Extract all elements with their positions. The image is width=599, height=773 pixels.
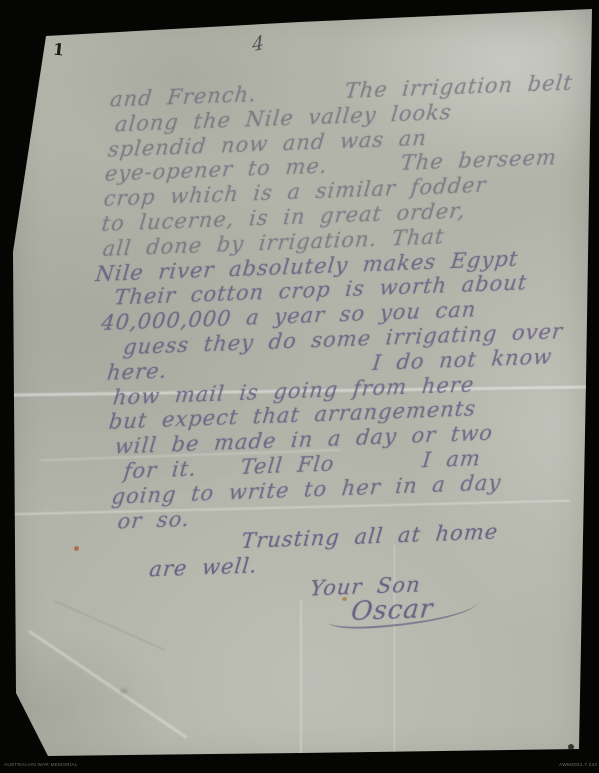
stain-speck: [120, 688, 128, 694]
scan-background: 1 4 and French. The irrigation beltalong…: [0, 0, 599, 773]
fold-crease-diagonal: [28, 630, 187, 739]
stain-speck: [74, 546, 79, 551]
reference-number-label: AWM2021.7.242: [559, 762, 597, 767]
page-number-stamp: 1: [52, 39, 65, 59]
letter-body: and French. The irrigation beltalong the…: [95, 70, 599, 633]
letter-page: 1 4 and French. The irrigation beltalong…: [0, 0, 599, 773]
stain-speck: [568, 744, 574, 750]
pencil-page-mark: 4: [252, 32, 265, 57]
archive-watermark-label: AUSTRALIAN WAR MEMORIAL: [4, 762, 78, 767]
